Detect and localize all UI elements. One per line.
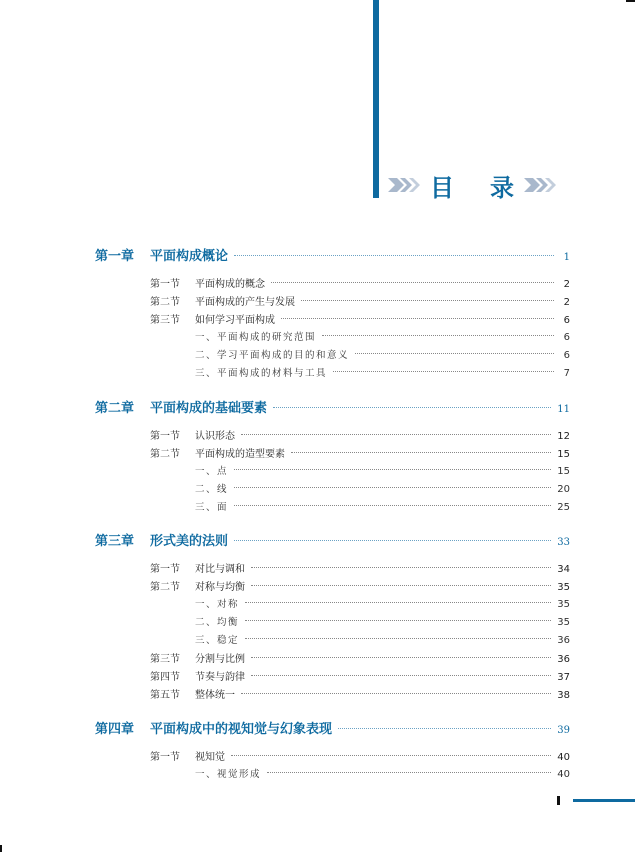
dot-leader [245,602,551,603]
page-number: 33 [557,537,570,548]
dot-leader [234,255,554,256]
dot-leader [245,638,551,639]
chapter-title: 平面构成中的视知觉与幻象表现 [150,718,332,737]
subsection-title: 二、学习平面构成的目的和意义 [195,347,349,361]
page-number: 37 [557,672,570,683]
toc-subsection[interactable]: 一、平面构成的研究范围 6 [95,329,570,343]
section-number: 第五节 [150,686,195,701]
toc-subsection[interactable]: 二、均衡 35 [95,614,570,628]
page-number: 25 [557,502,570,513]
toc-section[interactable]: 第四节 节奏与韵律 37 [95,668,570,683]
section-number: 第二节 [150,293,195,308]
page-number: 15 [557,449,570,460]
dot-leader [322,335,554,336]
section-number: 第二节 [150,578,195,593]
chapter-number: 第一章 [95,245,150,264]
section-number: 第一节 [150,748,195,763]
page-number: 36 [557,635,570,646]
section-title: 节奏与韵律 [195,668,245,683]
toc-section[interactable]: 第一节 平面构成的概念 2 [95,275,570,290]
subsection-title: 三、面 [195,499,228,513]
toc-chapter-3[interactable]: 第三章 形式美的法则 33 [95,530,570,549]
subsection-title: 一、点 [195,463,228,477]
dot-leader [251,675,551,676]
page-number: 11 [557,404,570,415]
toc-subsection[interactable]: 二、线 20 [95,481,570,495]
subsection-title: 三、平面构成的材料与工具 [195,365,327,379]
chapter-number: 第四章 [95,718,150,737]
toc-subsection[interactable]: 三、稳定 36 [95,632,570,646]
chapter-number: 第三章 [95,530,150,549]
dot-leader [251,567,551,568]
toc-subsection[interactable]: 三、面 25 [95,499,570,513]
crop-mark [626,0,635,2]
page-number: 2 [560,297,570,308]
section-title: 认识形态 [195,427,235,442]
toc-subsection[interactable]: 三、平面构成的材料与工具 7 [95,365,570,379]
page-number: 6 [560,315,570,326]
dot-leader [355,353,554,354]
dot-leader [245,620,551,621]
toc-section[interactable]: 第一节 视知觉 40 [95,748,570,763]
dot-leader [241,693,551,694]
dot-leader [291,452,551,453]
toc-chapter-4[interactable]: 第四章 平面构成中的视知觉与幻象表现 39 [95,718,570,737]
toc-section[interactable]: 第二节 平面构成的造型要素 15 [95,445,570,460]
section-title: 对比与调和 [195,560,245,575]
page-number: 15 [557,466,570,477]
chapter-title: 平面构成概论 [150,245,228,264]
chapter-number: 第二章 [95,397,150,416]
subsection-title: 一、视觉形成 [195,766,261,780]
subsection-title: 三、稳定 [195,632,239,646]
page-number: 36 [557,654,570,665]
section-title: 平面构成的产生与发展 [195,293,295,308]
section-title: 平面构成的造型要素 [195,445,285,460]
section-title: 如何学习平面构成 [195,311,275,326]
double-chevron-right-icon [388,176,422,194]
page-marker [557,796,560,805]
dot-leader [333,371,554,372]
page-number: 40 [557,769,570,780]
page-number: 6 [560,332,570,343]
double-chevron-right-icon [524,176,558,194]
chapter-title: 形式美的法则 [150,530,228,549]
dot-leader [281,318,554,319]
toc-section[interactable]: 第三节 如何学习平面构成 6 [95,311,570,326]
dot-leader [234,505,551,506]
toc-subsection[interactable]: 二、学习平面构成的目的和意义 6 [95,347,570,361]
toc-chapter-1[interactable]: 第一章 平面构成概论 1 [95,245,570,264]
page-number: 38 [557,690,570,701]
page-number: 7 [560,368,570,379]
dot-leader [251,585,551,586]
toc-section[interactable]: 第一节 对比与调和 34 [95,560,570,575]
page-number: 1 [560,252,570,263]
subsection-title: 二、线 [195,481,228,495]
toc-subsection[interactable]: 一、点 15 [95,463,570,477]
toc-section[interactable]: 第二节 平面构成的产生与发展 2 [95,293,570,308]
title-char-1: 目 [430,168,480,203]
dot-leader [234,540,551,541]
dot-leader [273,407,551,408]
section-number: 第一节 [150,560,195,575]
title-char-2: 录 [490,168,522,203]
dot-leader [231,755,551,756]
toc-chapter-2[interactable]: 第二章 平面构成的基础要素 11 [95,397,570,416]
page-number: 2 [560,279,570,290]
page-number: 39 [557,725,570,736]
section-number: 第一节 [150,427,195,442]
toc-subsection[interactable]: 一、对称 35 [95,596,570,610]
page-number: 12 [557,431,570,442]
toc-section[interactable]: 第五节 整体统一 38 [95,686,570,701]
page-number: 35 [557,617,570,628]
page-number: 35 [557,599,570,610]
section-title: 对称与均衡 [195,578,245,593]
dot-leader [271,282,554,283]
section-number: 第四节 [150,668,195,683]
page-number: 40 [557,752,570,763]
page-number: 20 [557,484,570,495]
dot-leader [267,772,551,773]
toc-section[interactable]: 第三节 分割与比例 36 [95,650,570,665]
crop-mark [0,845,2,852]
footer-accent-line [573,799,635,802]
section-title: 平面构成的概念 [195,275,265,290]
dot-leader [301,300,554,301]
toc-section[interactable]: 第一节 认识形态 12 [95,427,570,442]
dot-leader [234,469,551,470]
section-title: 视知觉 [195,748,225,763]
dot-leader [251,657,551,658]
page-title: 目 录 [388,170,558,200]
page-number: 35 [557,582,570,593]
subsection-title: 一、平面构成的研究范围 [195,329,316,343]
dot-leader [241,434,551,435]
section-number: 第三节 [150,650,195,665]
accent-vertical-bar [373,0,379,198]
section-title: 整体统一 [195,686,235,701]
subsection-title: 二、均衡 [195,614,239,628]
section-title: 分割与比例 [195,650,245,665]
section-number: 第二节 [150,445,195,460]
toc-section[interactable]: 第二节 对称与均衡 35 [95,578,570,593]
page-number: 6 [560,350,570,361]
toc-subsection[interactable]: 一、视觉形成 40 [95,766,570,780]
dot-leader [234,487,551,488]
section-number: 第三节 [150,311,195,326]
dot-leader [338,728,551,729]
section-number: 第一节 [150,275,195,290]
subsection-title: 一、对称 [195,596,239,610]
chapter-title: 平面构成的基础要素 [150,397,267,416]
page-number: 34 [557,564,570,575]
